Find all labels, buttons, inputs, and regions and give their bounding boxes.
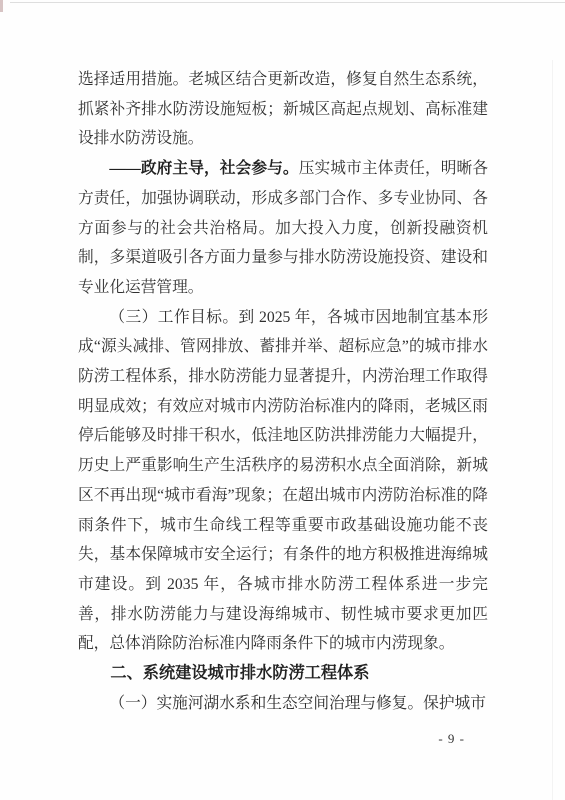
body-paragraph: 选择适用措施。老城区结合更新改造，修复自然生态系统，抓紧补齐排水防涝设施短板；新… (78, 65, 488, 154)
text-segment-bold: ——政府主导，社会参与。 (109, 160, 298, 177)
text-segment-kai: （一）实施河湖水系和生态空间治理与修复。 (109, 695, 423, 712)
document-page: 选择适用措施。老城区结合更新改造，修复自然生态系统，抓紧补齐排水防涝设施短板；新… (0, 0, 565, 800)
scan-artifact-corner-mark (0, 0, 3, 12)
text-segment-kai: （三）工作目标。 (109, 309, 238, 326)
text-segment-normal: 到 2025 年，各城市因地制宜基本形成“源头减排、管网排放、蓄排并举、超标应急… (78, 309, 488, 653)
scan-artifact-right-line (552, 60, 553, 800)
body-paragraph: ——政府主导，社会参与。压实城市主体责任，明晰各方责任，加强协调联动，形成多部门… (78, 154, 488, 303)
text-segment-normal: 压实城市主体责任，明晰各方责任，加强协调联动，形成多部门合作、多专业协同、各方面… (78, 160, 488, 296)
scan-artifact-top-line (10, 2, 565, 3)
document-body: 选择适用措施。老城区结合更新改造，修复自然生态系统，抓紧补齐排水防涝设施短板；新… (78, 65, 488, 718)
section-heading: 二、系统建设城市排水防涝工程体系 (78, 659, 488, 689)
body-paragraph: （三）工作目标。到 2025 年，各城市因地制宜基本形成“源头减排、管网排放、蓄… (78, 303, 488, 659)
text-segment-normal: 选择适用措施。老城区结合更新改造，修复自然生态系统，抓紧补齐排水防涝设施短板；新… (78, 71, 488, 147)
body-paragraph: （一）实施河湖水系和生态空间治理与修复。保护城市 (78, 689, 488, 719)
text-segment-normal: 保护城市 (423, 695, 486, 712)
page-number: - 9 - (438, 731, 465, 747)
text-segment-heading: 二、系统建设城市排水防涝工程体系 (110, 664, 369, 682)
